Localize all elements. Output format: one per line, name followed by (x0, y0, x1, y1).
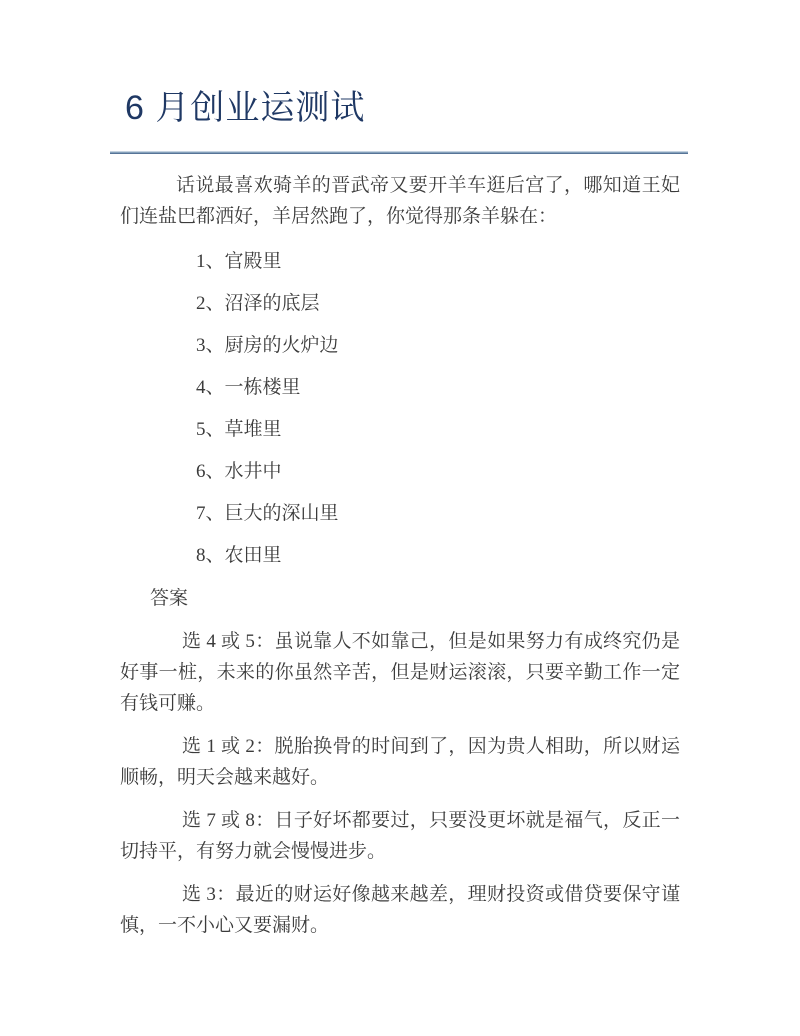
intro-paragraph: 话说最喜欢骑羊的晋武帝又要开羊车逛后宫了，哪知道王妃们连盐巴都洒好，羊居然跑了，… (120, 170, 680, 232)
option-item-8: 8、农田里 (196, 540, 680, 571)
option-item-2: 2、沼泽的底层 (196, 288, 680, 319)
result-paragraph-7or8: 选 7 或 8：日子好坏都要过，只要没更坏就是福气，反正一切持平，有努力就会慢慢… (120, 805, 680, 867)
title-underline-rule (110, 151, 688, 154)
document-page: 6 月创业运测试 话说最喜欢骑羊的晋武帝又要开羊车逛后宫了，哪知道王妃们连盐巴都… (0, 0, 800, 1036)
answer-heading: 答案 (150, 583, 680, 614)
page-title: 6 月创业运测试 (125, 86, 680, 130)
result-paragraph-4or5: 选 4 或 5：虽说靠人不如靠己，但是如果努力有成终究仍是好事一桩，未来的你虽然… (120, 626, 680, 719)
result-paragraph-1or2: 选 1 或 2：脱胎换骨的时间到了，因为贵人相助，所以财运顺畅，明天会越来越好。 (120, 731, 680, 793)
option-item-6: 6、水井中 (196, 456, 680, 487)
option-item-3: 3、厨房的火炉边 (196, 330, 680, 361)
result-paragraph-3: 选 3：最近的财运好像越来越差，理财投资或借贷要保守谨慎，一不小心又要漏财。 (120, 879, 680, 941)
option-item-4: 4、一栋楼里 (196, 372, 680, 403)
option-item-1: 1、官殿里 (196, 246, 680, 277)
document-body: 话说最喜欢骑羊的晋武帝又要开羊车逛后宫了，哪知道王妃们连盐巴都洒好，羊居然跑了，… (120, 170, 680, 941)
option-item-5: 5、草堆里 (196, 414, 680, 445)
option-item-7: 7、巨大的深山里 (196, 498, 680, 529)
